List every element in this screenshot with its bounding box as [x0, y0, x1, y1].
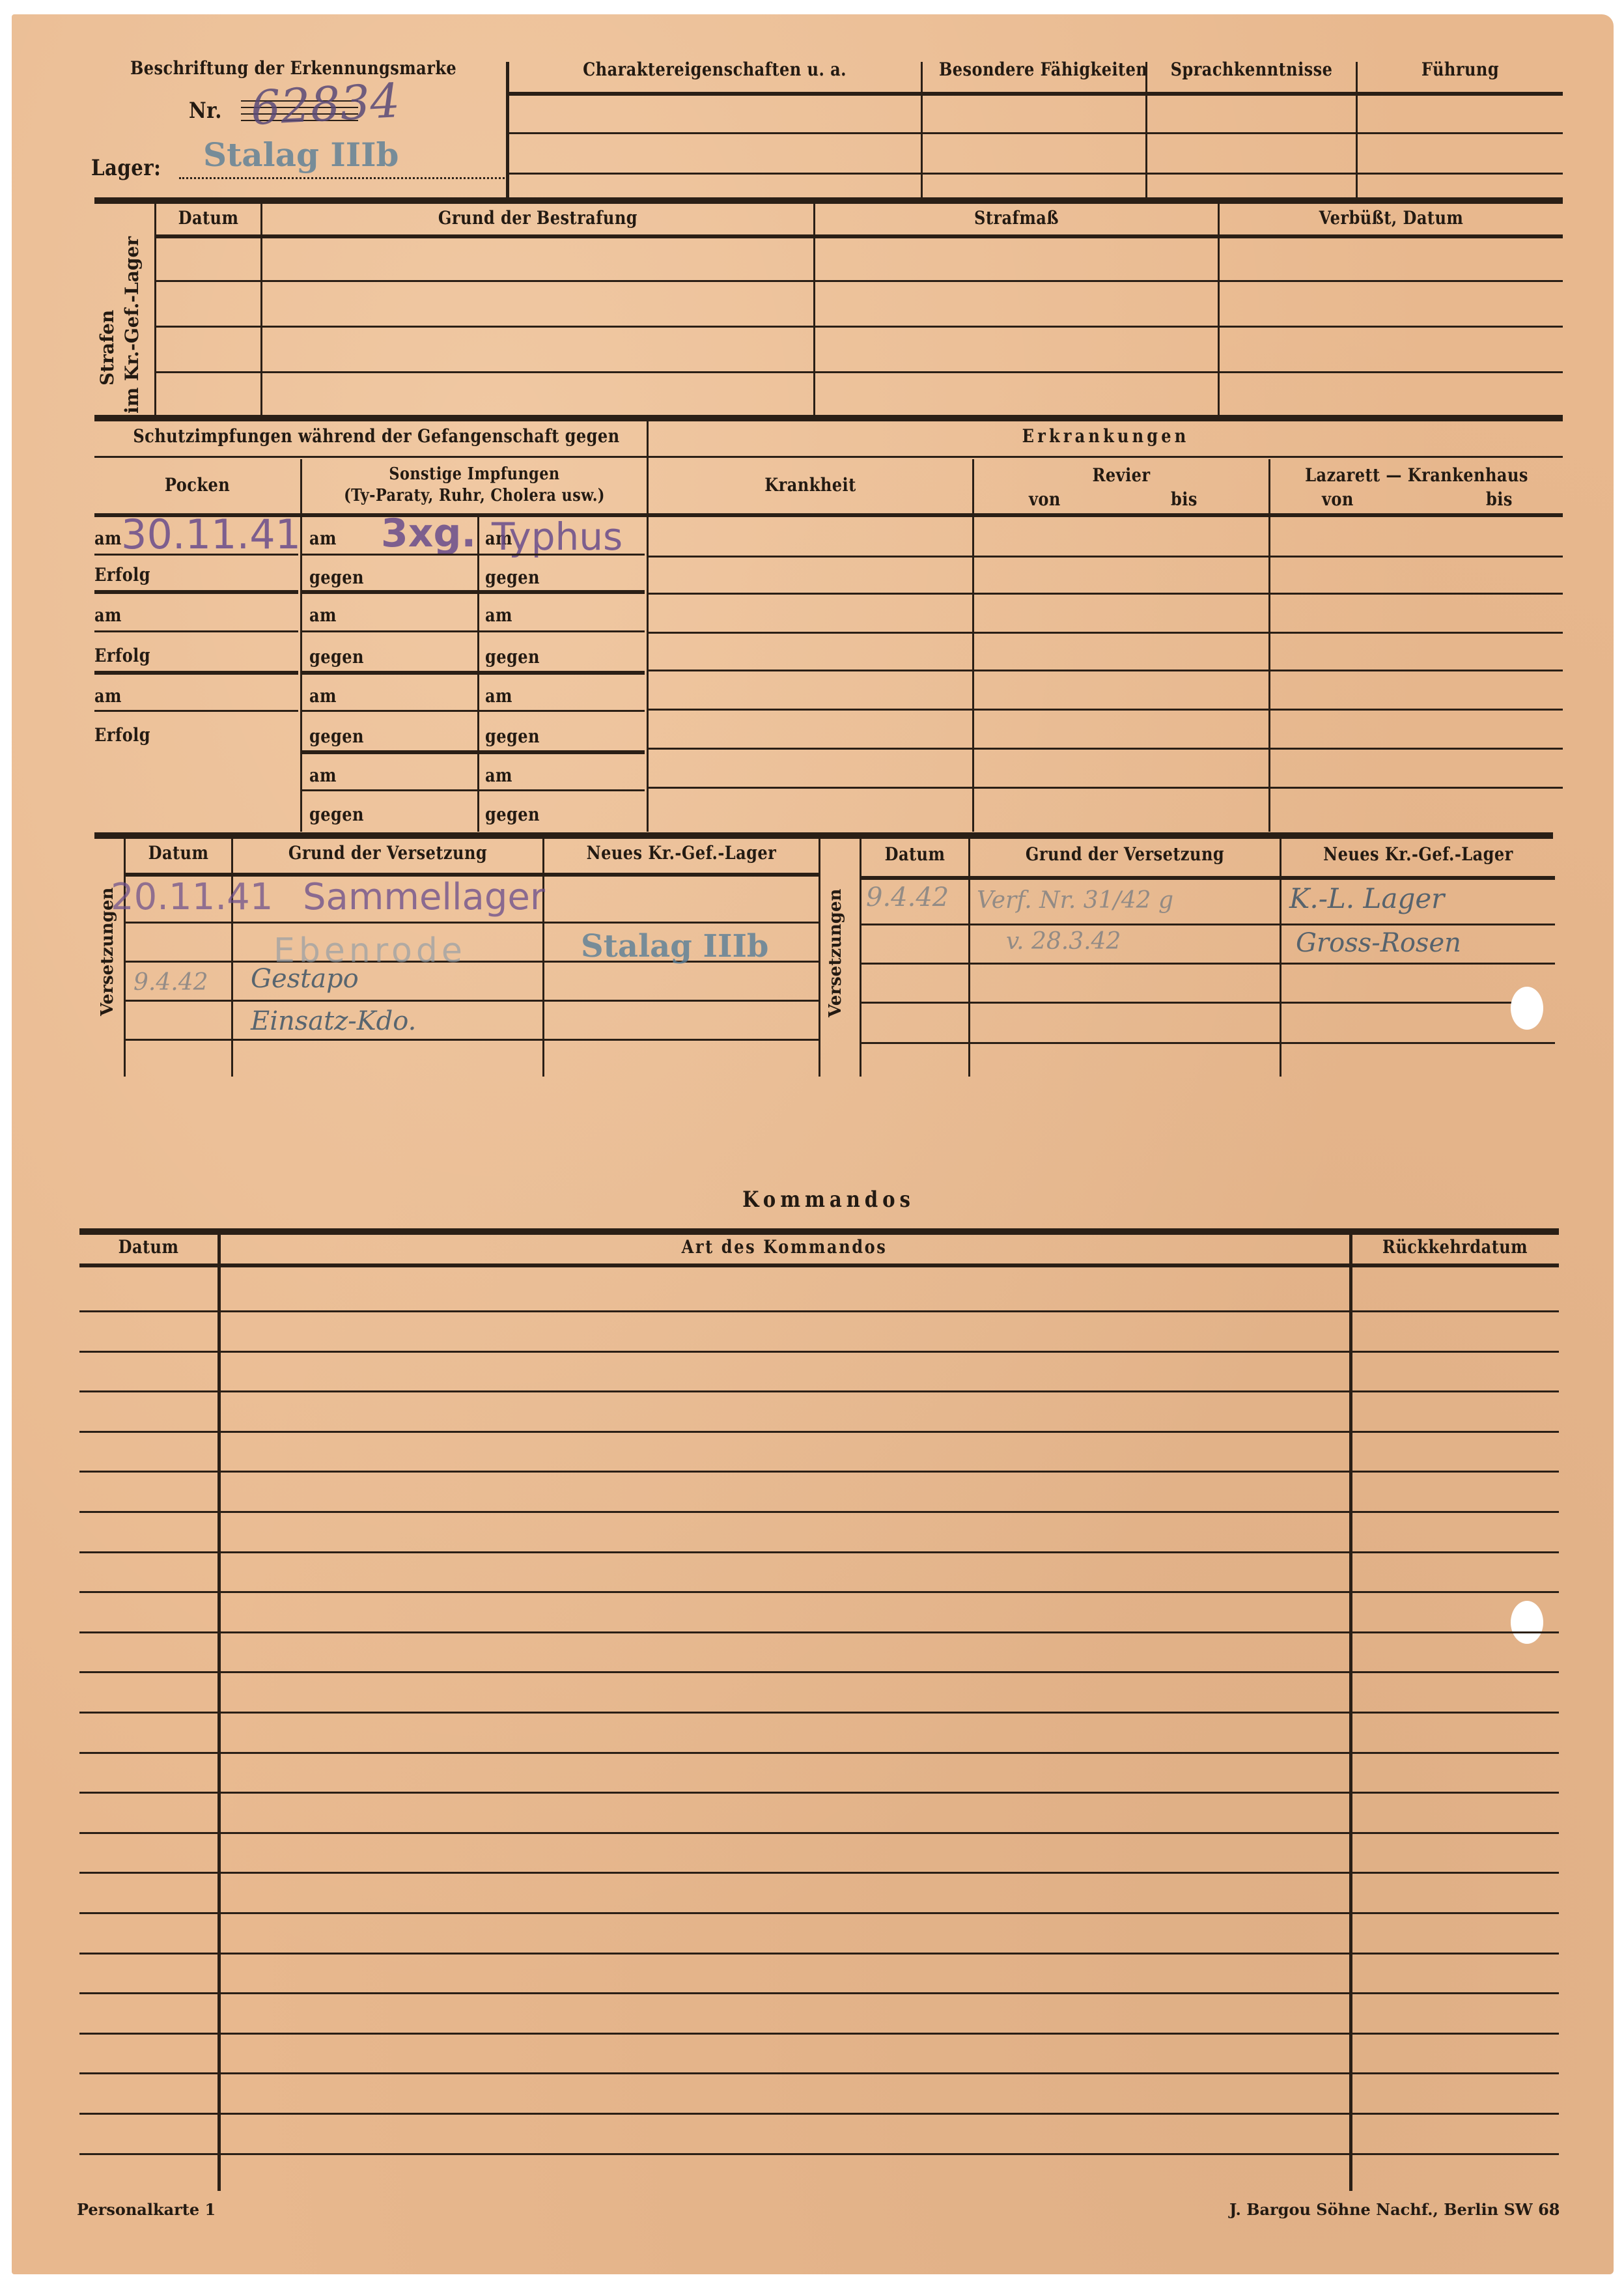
vers-left-entry-2-grund[interactable]: Gestapo [251, 964, 359, 994]
sonstige-label: Sonstige Impfungen [326, 464, 623, 484]
kommandos-col-art: Art des Kommandos [298, 1236, 1270, 1258]
kommandos-row-rule [79, 2033, 1559, 2035]
sonstige-row-am: am [485, 685, 512, 707]
pocken-row-am: am [94, 528, 122, 549]
vers-right-rule [861, 924, 1555, 925]
kommandos-row-rule [79, 2072, 1559, 2074]
strafen-col-strafmass: Strafmaß [843, 207, 1189, 229]
lager-stamp[interactable]: Stalag IIIb [203, 135, 399, 174]
vers-right-entry-1-grund2[interactable]: v. 28.3.42 [1006, 928, 1121, 955]
pocken-row-am: am [94, 685, 122, 707]
strafen-side-label-2: im Kr.-Gef.-Lager [121, 236, 143, 414]
sonstige-row-gegen: gegen [485, 726, 540, 747]
kommandos-row-rule [79, 1390, 1559, 1392]
vers-left-rule [126, 922, 819, 924]
vers-right-col-lager: Neues Kr.-Gef.-Lager [1300, 843, 1535, 865]
vers-left-col-lager: Neues Kr.-Gef.-Lager [563, 842, 799, 864]
sonstige-row-gegen: gegen [309, 567, 364, 588]
vers-left-rule [126, 1000, 819, 1002]
vers-right-rule [861, 1002, 1519, 1004]
vers-right-col-datum: Datum [869, 843, 960, 865]
kommandos-row-rule [79, 1712, 1559, 1714]
form-title: Personalkarte 1 [77, 2200, 216, 2219]
pocken-rule [94, 671, 298, 675]
sonstige-row-am: am [309, 765, 337, 786]
sonstige-stamp-typhus[interactable]: Typhus [492, 515, 623, 559]
traits-col-conduct: Führung [1372, 59, 1548, 80]
sonstige-sub: (Ty-Paraty, Ruhr, Cholera usw.) [326, 486, 623, 505]
kommandos-top-rule [79, 1228, 1559, 1235]
nr-value[interactable]: 62834 [249, 73, 401, 135]
lazarett-bis: bis [1486, 488, 1513, 510]
section-rule [94, 832, 1553, 839]
sonstige-row-am: am [309, 604, 337, 626]
kommandos-row-rule [79, 1953, 1559, 1954]
vers-right-entry-1-datum[interactable]: 9.4.42 [866, 882, 949, 912]
vers-left-entry-1-datum[interactable]: 20.11.41 [111, 876, 273, 918]
traits-col-character: Charaktereigenschaften u. a. [537, 59, 892, 80]
kommandos-row-rule [79, 1872, 1559, 1874]
identity-header: Beschriftung der Erkennungsmarke [130, 57, 456, 79]
punch-hole [1511, 987, 1543, 1030]
sonstige-rule [302, 710, 645, 712]
sonstige-row-gegen: gegen [485, 646, 540, 668]
sonstige-rule [302, 630, 645, 632]
sonstige-row-gegen: gegen [309, 646, 364, 668]
sonstige-row-gegen: gegen [485, 804, 540, 825]
pocken-row-am: am [94, 604, 122, 626]
impf-col-header-rule [94, 513, 1563, 517]
vers-right-col-grund: Grund der Versetzung [992, 843, 1258, 865]
lazarett-von: von [1322, 488, 1354, 510]
versetzungen-side-label-right: Versetzungen [826, 889, 845, 1017]
traits-col-languages: Sprachkenntnisse [1162, 59, 1341, 80]
section-rule [94, 415, 1563, 421]
lager-dotted-line [179, 177, 505, 179]
vers-left-entry-1-lager[interactable]: Stalag IIIb [581, 928, 768, 965]
kommandos-row-rule [79, 1351, 1559, 1353]
traits-input-area[interactable] [509, 96, 1563, 199]
pocken-row-erfolg: Erfolg [94, 564, 150, 586]
pocken-row-erfolg: Erfolg [94, 645, 150, 666]
strafen-col-grund: Grund der Bestrafung [301, 207, 775, 229]
vers-left-divider-3 [819, 839, 820, 1077]
sonstige-row-gegen: gegen [309, 726, 364, 747]
erkrank-header-rule [649, 456, 1563, 458]
strafen-col-datum: Datum [163, 207, 253, 229]
vers-right-divider-2 [1280, 839, 1281, 1077]
strafen-input-area[interactable] [156, 238, 1563, 414]
vers-right-divider-1 [968, 839, 970, 1077]
pocken-date-stamp[interactable]: 30.11.41 [121, 511, 301, 558]
vers-left-entry-2-grund2[interactable]: Einsatz-Kdo. [251, 1006, 416, 1036]
kommandos-row-rule [79, 1631, 1559, 1633]
vers-right-rule [861, 1042, 1555, 1044]
pocken-rule [94, 554, 298, 556]
kommandos-row-rule [79, 1671, 1559, 1673]
traits-col-skills: Besondere Fähigkeiten [939, 59, 1130, 80]
sonstige-row-am: am [485, 765, 512, 786]
strafen-side-label-1: Strafen [96, 310, 118, 386]
vers-left-col-datum: Datum [133, 842, 223, 864]
revier-bis: bis [1171, 488, 1197, 510]
pocken-label: Pocken [109, 474, 286, 496]
kommandos-row-rule [79, 1591, 1559, 1593]
kommandos-row-rule [79, 1832, 1559, 1834]
vers-left-entry-1-grund[interactable]: Sammellager [303, 876, 545, 918]
kommandos-row-rule [79, 2113, 1559, 2115]
vers-right-header-rule [861, 876, 1555, 880]
erkrankungen-header: Erkrankungen [712, 425, 1498, 447]
erkrankungen-input-area[interactable] [649, 518, 1563, 831]
section-rule [94, 197, 1563, 204]
nr-label: Nr. [189, 98, 222, 124]
lager-label: Lager: [91, 155, 161, 181]
kommandos-title: Kommandos [197, 1187, 1460, 1213]
pocken-row-erfolg: Erfolg [94, 724, 150, 746]
vers-left-entry-2-datum[interactable]: 9.4.42 [133, 969, 208, 996]
kommandos-row-rule [79, 2153, 1559, 2155]
printer-imprint: J. Bargou Söhne Nachf., Berlin SW 68 [1229, 2200, 1560, 2219]
vers-right-entry-1-lager[interactable]: K.-L. Lager [1289, 882, 1444, 914]
sonstige-rule [302, 590, 645, 594]
vers-left-rule [126, 1039, 819, 1041]
kommandos-row-rule [79, 1792, 1559, 1794]
vers-right-entry-1-lager2[interactable]: Gross-Rosen [1296, 928, 1461, 958]
sonstige-stamp-3xg[interactable]: 3xg. [381, 511, 476, 556]
revier-label: Revier [995, 464, 1248, 486]
kommandos-row-rule [79, 1431, 1559, 1433]
impfungen-header: Schutzimpfungen während der Gefangenscha… [133, 425, 608, 447]
vers-right-divider-0 [860, 839, 861, 1077]
revier-von: von [1029, 488, 1061, 510]
kommandos-col-datum: Datum [89, 1236, 208, 1258]
lazarett-label: Lazarett — Krankenhaus [1291, 464, 1542, 486]
sonstige-row-gegen: gegen [309, 804, 364, 825]
impf-header-rule [94, 456, 647, 458]
sonstige-row-am: am [309, 528, 337, 549]
kommandos-rows[interactable] [79, 1270, 1559, 2182]
strafen-col-verbuesst: Verbüßt, Datum [1244, 207, 1539, 229]
kommandos-row-rule [79, 1912, 1559, 1914]
vers-right-entry-1-grund[interactable]: Verf. Nr. 31/42 g [977, 887, 1173, 914]
kommandos-header-rule [79, 1263, 1559, 1267]
sonstige-rule [302, 554, 645, 556]
sonstige-rule [302, 750, 645, 754]
kommandos-row-rule [79, 1511, 1559, 1513]
sonstige-row-am: am [309, 685, 337, 707]
pocken-rule [94, 710, 298, 712]
kommandos-row-rule [79, 1992, 1559, 1994]
kommandos-row-rule [79, 1551, 1559, 1553]
kommandos-row-rule [79, 1310, 1559, 1312]
vers-right-rule [861, 963, 1555, 965]
kommandos-row-rule [79, 1752, 1559, 1754]
pocken-rule [94, 590, 298, 594]
sonstige-rule [302, 789, 645, 791]
sonstige-row-am: am [485, 604, 512, 626]
sonstige-row-gegen: gegen [485, 567, 540, 588]
pocken-rule [94, 630, 298, 632]
kommandos-row-rule [79, 1471, 1559, 1473]
krankheit-label: Krankheit [671, 474, 949, 496]
kommandos-col-rueckkehr: Rückkehrdatum [1365, 1236, 1544, 1258]
sonstige-rule [302, 671, 645, 675]
vers-left-col-grund: Grund der Versetzung [255, 842, 521, 864]
